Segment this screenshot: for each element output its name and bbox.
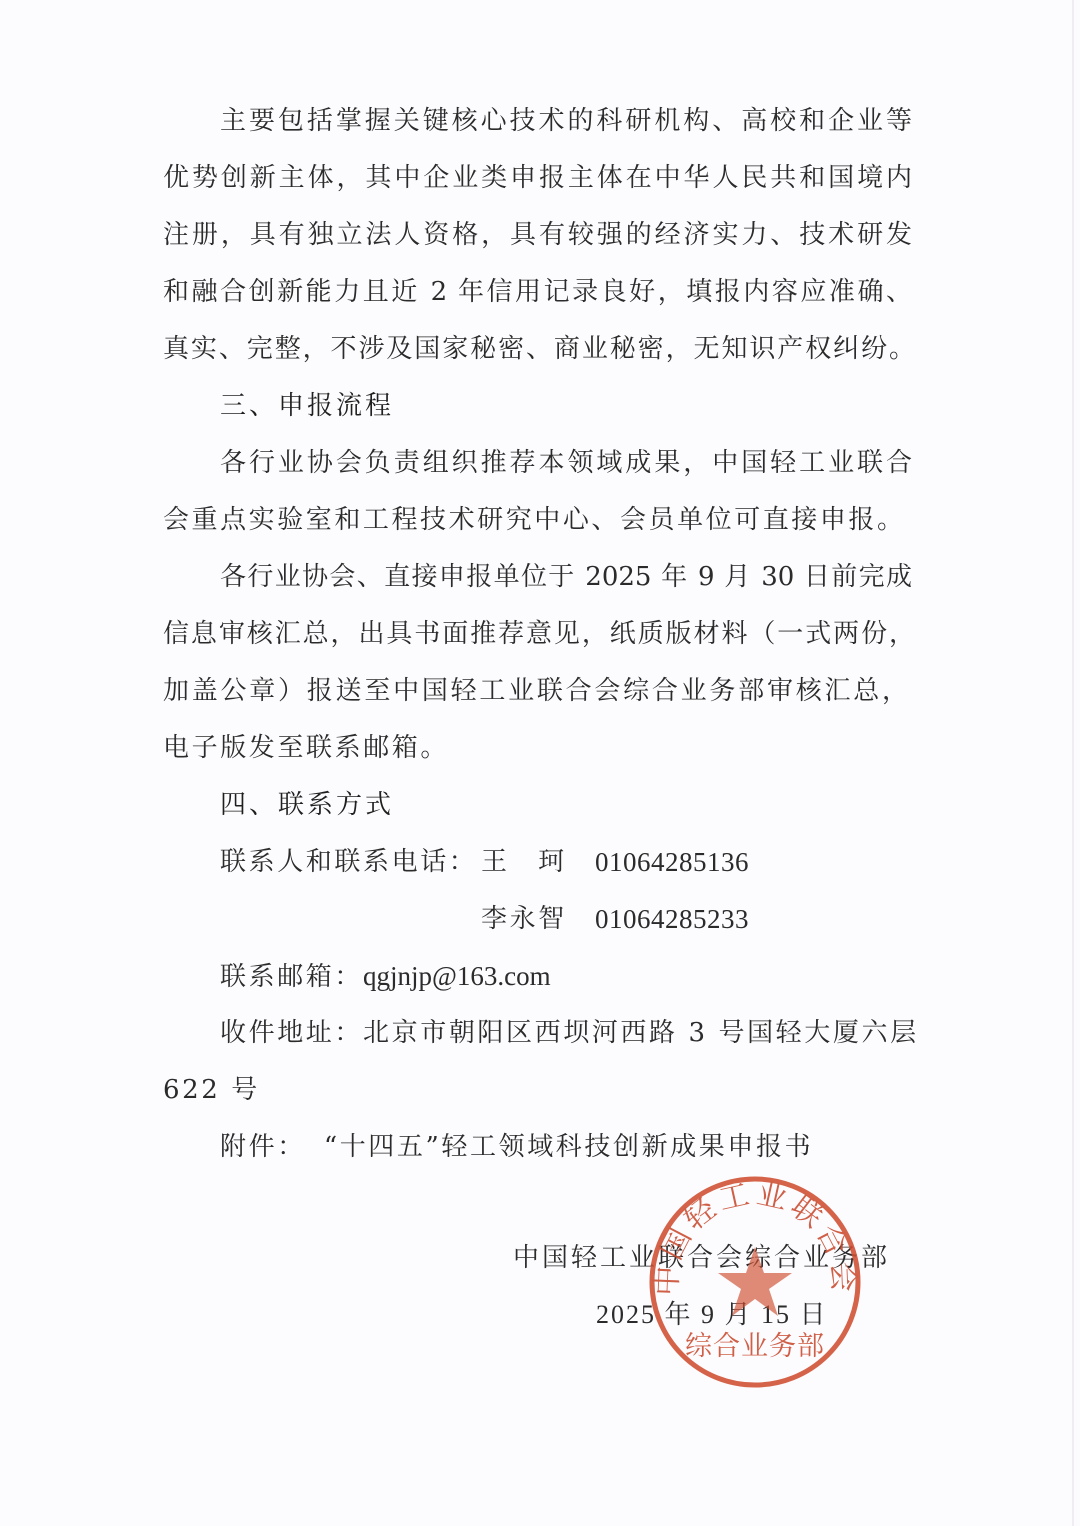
text-line: 各行业协会负责组织推荐本领域成果，中国轻工业联合 bbox=[220, 446, 912, 480]
stamp-inner-text: 综合业务部 bbox=[685, 1331, 825, 1362]
text-line: 优势创新主体，其中企业类申报主体在中华人民共和国境内 bbox=[163, 161, 912, 195]
email-address[interactable]: qgjnjp@163.com bbox=[363, 961, 551, 991]
contact-phone-2: 01064285233 bbox=[595, 902, 749, 936]
official-seal-stamp: 中国轻工业联合会 综合业务部 bbox=[648, 1175, 862, 1389]
text-line: 电子版发至联系邮箱。 bbox=[163, 731, 449, 765]
address-label: 收件地址： bbox=[220, 1018, 363, 1048]
text-line: 会重点实验室和工程技术研究中心、会员单位可直接申报。 bbox=[163, 503, 903, 537]
contact-row-1: 联系人和联系电话： bbox=[220, 845, 477, 879]
stamp-star-icon bbox=[718, 1247, 792, 1316]
text-line: 和融合创新能力且近 2 年信用记录良好，填报内容应准确、 bbox=[163, 275, 912, 309]
contact-phone-1: 01064285136 bbox=[595, 845, 749, 879]
email-label: 联系邮箱： bbox=[220, 962, 363, 992]
page-edge bbox=[1072, 0, 1074, 1526]
email-row: 联系邮箱：qgjnjp@163.com bbox=[220, 959, 551, 994]
contact-name-2: 李永智 bbox=[481, 902, 567, 936]
attachment-label: 附件： bbox=[220, 1132, 306, 1162]
text-line: 信息审核汇总，出具书面推荐意见，纸质版材料（一式两份， bbox=[163, 617, 915, 651]
address-row: 收件地址：北京市朝阳区西坝河西路 3 号国轻大厦六层 bbox=[220, 1016, 912, 1050]
address-line-1: 北京市朝阳区西坝河西路 3 号国轻大厦六层 bbox=[363, 1018, 919, 1048]
section-heading-process: 三、申报流程 bbox=[220, 389, 394, 423]
section-heading-contact: 四、联系方式 bbox=[220, 788, 394, 822]
attachment-title: “十四五”轻工领域科技创新成果申报书 bbox=[324, 1132, 813, 1162]
text-line: 主要包括掌握关键核心技术的科研机构、高校和企业等 bbox=[220, 104, 912, 138]
text-line: 加盖公章）报送至中国轻工业联合会综合业务部审核汇总， bbox=[163, 674, 908, 708]
text-line: 各行业协会、直接申报单位于 2025 年 9 月 30 日前完成 bbox=[220, 560, 912, 594]
attachment-row: 附件：“十四五”轻工领域科技创新成果申报书 bbox=[220, 1130, 813, 1164]
text-line: 真实、完整，不涉及国家秘密、商业秘密，无知识产权纠纷。 bbox=[163, 332, 915, 366]
contact-name-1: 王 珂 bbox=[481, 845, 567, 879]
contact-label: 联系人和联系电话： bbox=[220, 847, 477, 877]
text-line: 注册，具有独立法人资格，具有较强的经济实力、技术研发 bbox=[163, 218, 912, 252]
address-line-2: 622 号 bbox=[163, 1073, 260, 1107]
